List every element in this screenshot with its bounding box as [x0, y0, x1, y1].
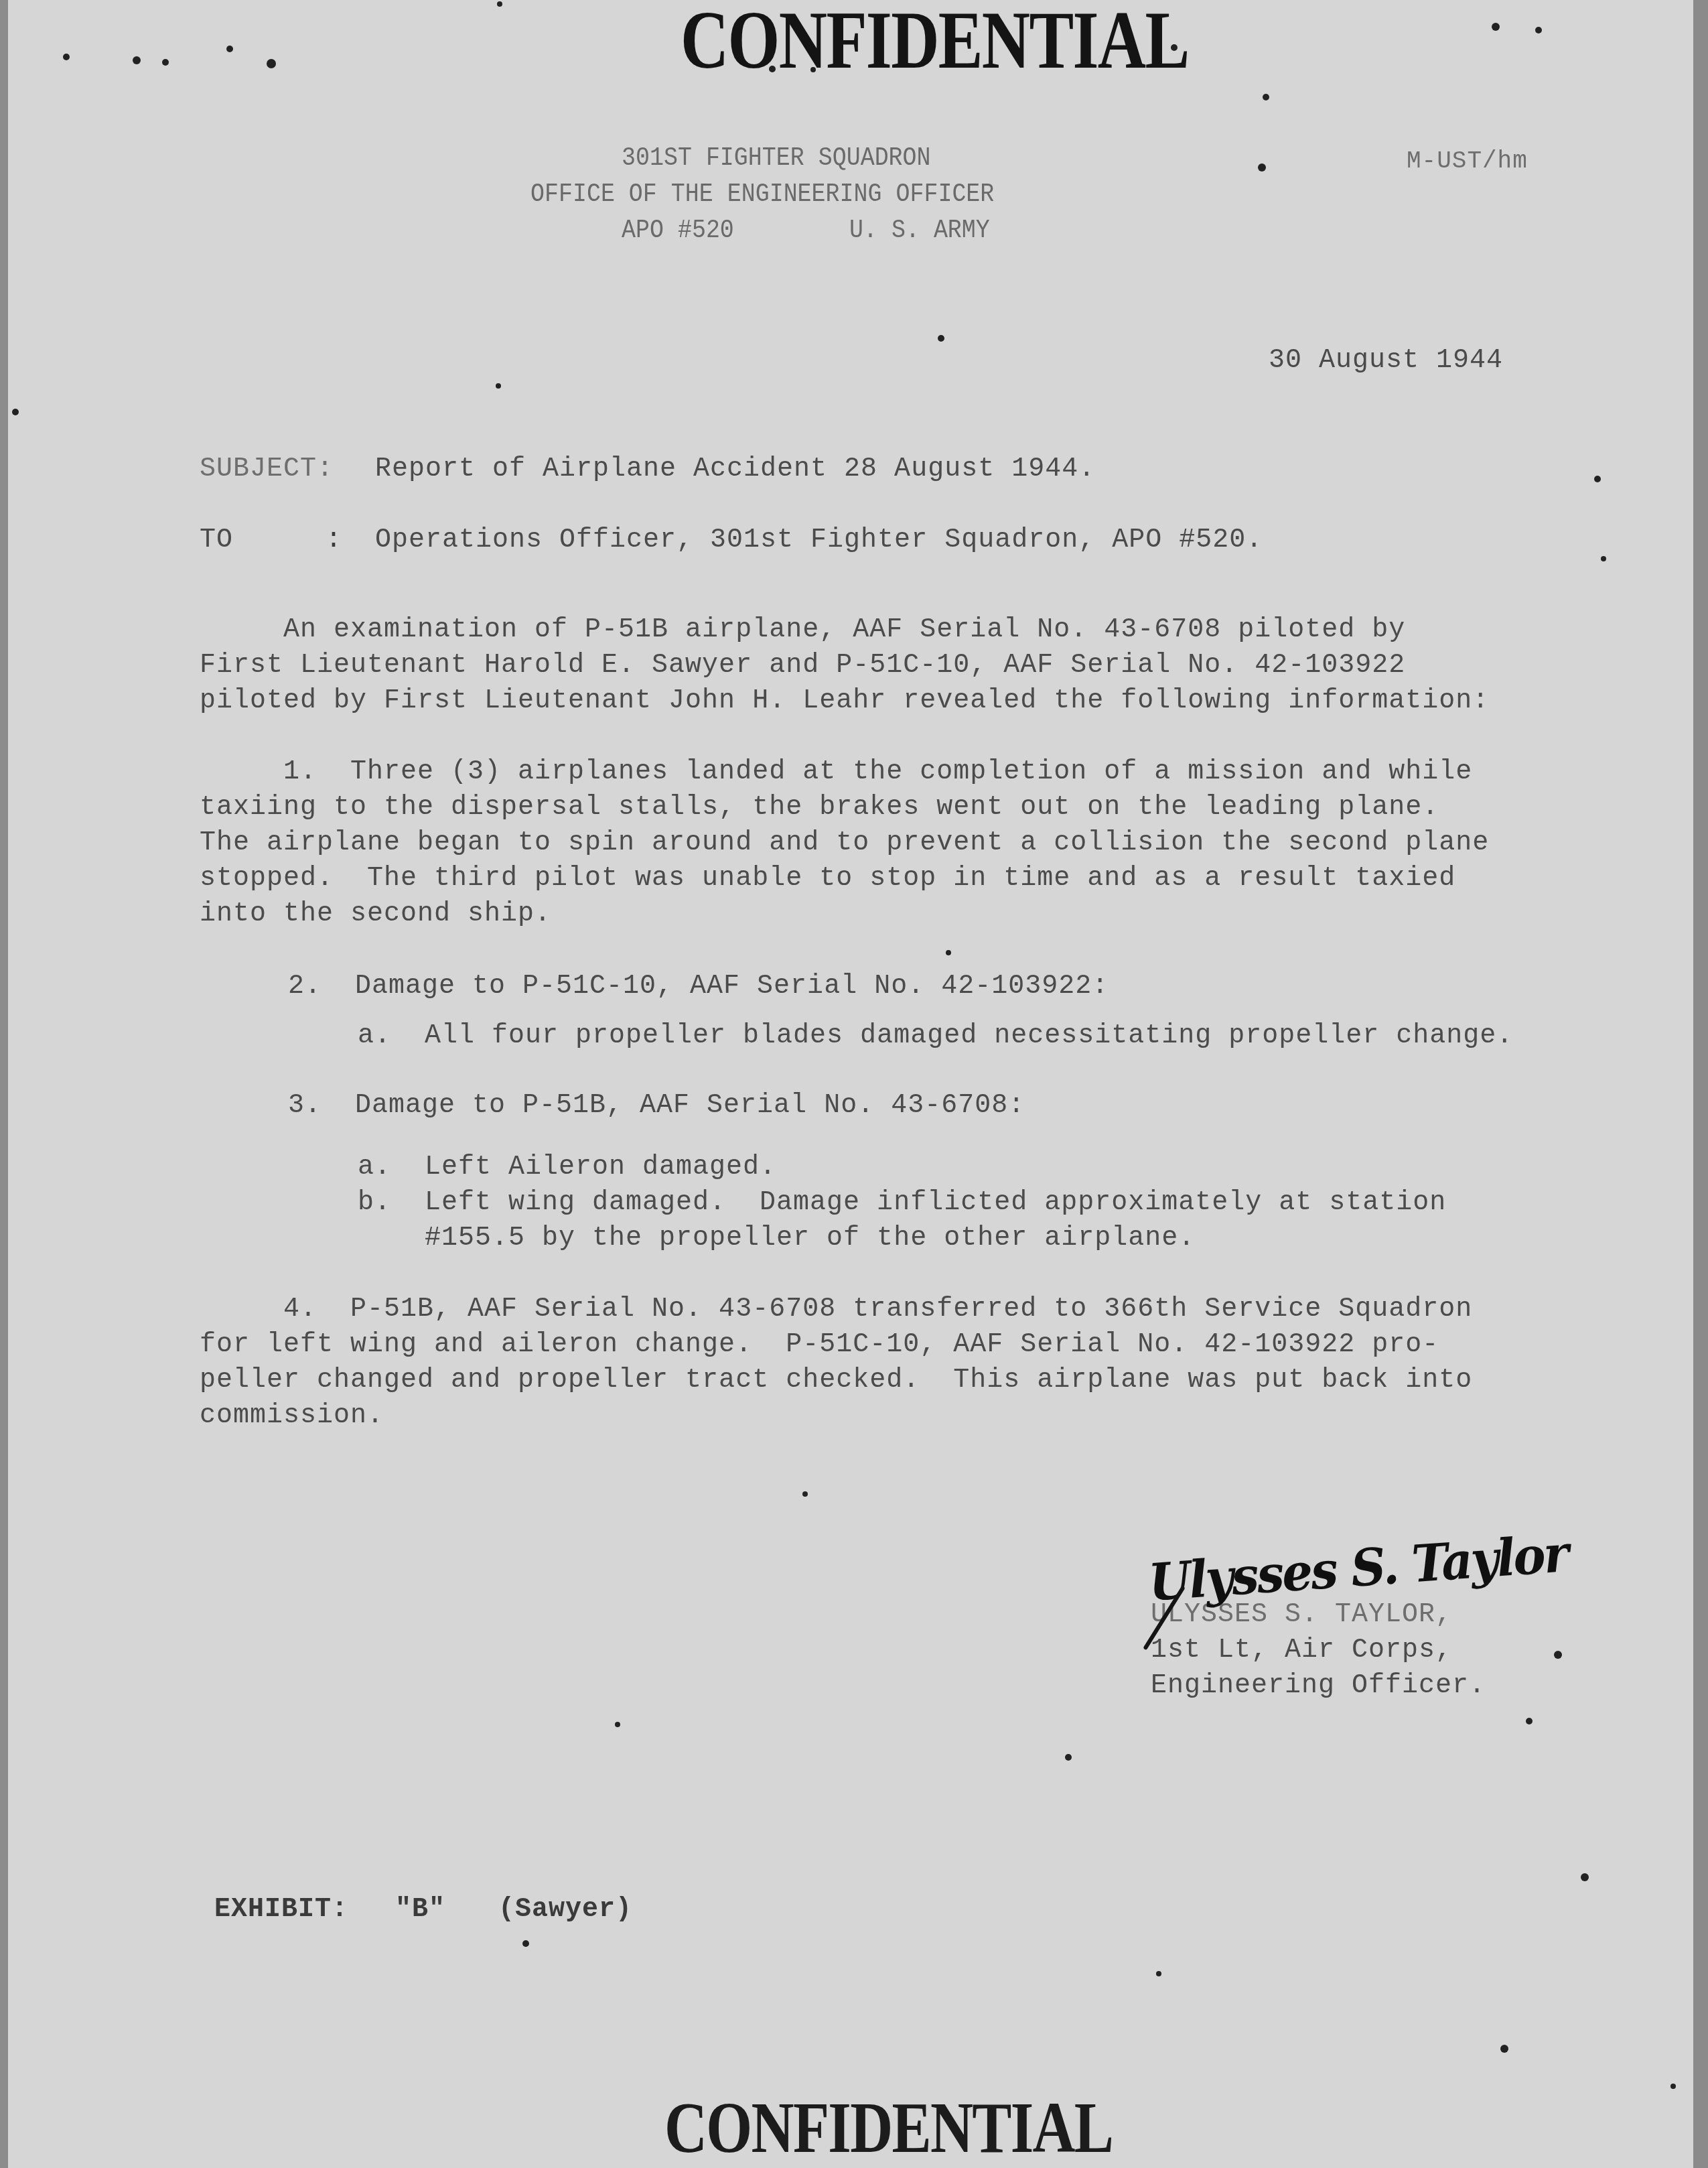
text-line: First Lieutenant Harold E. Sawyer and P-… [200, 648, 1405, 683]
speck [162, 59, 169, 66]
letterhead-army: U. S. ARMY [849, 213, 990, 249]
scan-edge-right [1693, 0, 1708, 2168]
signatory-rank: 1st Lt, Air Corps, [1151, 1633, 1452, 1668]
speck [497, 1, 502, 7]
speck [1500, 2045, 1508, 2053]
paragraph-heading: 2. Damage to P-51C-10, AAF Serial No. 42… [288, 969, 1109, 1004]
text-line: piloted by First Lieutenant John H. Leah… [200, 683, 1489, 719]
speck [769, 66, 776, 72]
subject-label: SUBJECT: [200, 452, 334, 487]
scan-edge-left [0, 0, 8, 2168]
text-line: peller changed and propeller tract check… [200, 1363, 1472, 1398]
text-line: An examination of P-51B airplane, AAF Se… [200, 612, 1405, 648]
speck [1171, 44, 1178, 51]
document-page [8, 0, 1693, 2168]
speck [1535, 27, 1542, 33]
to-label: TO [200, 523, 233, 558]
speck [522, 1940, 529, 1947]
speck [1581, 1873, 1589, 1881]
to-value: Operations Officer, 301st Fighter Squadr… [375, 523, 1263, 558]
speck [1258, 163, 1266, 172]
reference-code: M-UST/hm [1407, 143, 1528, 179]
speck [12, 409, 19, 415]
letterhead-office: OFFICE OF THE ENGINEERING OFFICER [530, 177, 994, 212]
list-item: a. Left Aileron damaged. [358, 1150, 776, 1185]
speck [496, 383, 501, 389]
text-line: stopped. The third pilot was unable to s… [200, 861, 1455, 896]
subject-value: Report of Airplane Accident 28 August 19… [375, 452, 1095, 487]
text-line: 1. Three (3) airplanes landed at the com… [200, 754, 1472, 790]
text-line: 4. P-51B, AAF Serial No. 43-6708 transfe… [200, 1292, 1472, 1327]
paragraph-heading: 3. Damage to P-51B, AAF Serial No. 43-67… [288, 1088, 1025, 1124]
list-item: b. Left wing damaged. Damage inflicted a… [358, 1185, 1446, 1221]
speck [810, 67, 816, 72]
speck [1554, 1651, 1562, 1659]
speck [1065, 1754, 1072, 1761]
speck [1492, 23, 1500, 31]
speck [1670, 2084, 1676, 2089]
speck [267, 59, 276, 68]
letterhead-unit: 301ST FIGHTER SQUADRON [622, 141, 931, 176]
text-line: for left wing and aileron change. P-51C-… [200, 1327, 1439, 1363]
speck [946, 950, 951, 955]
speck [1601, 556, 1606, 561]
speck [615, 1722, 620, 1727]
text-line: The airplane began to spin around and to… [200, 825, 1489, 861]
list-item: #155.5 by the propeller of the other air… [358, 1221, 1195, 1256]
speck [1263, 94, 1269, 100]
speck [938, 335, 944, 342]
speck [133, 56, 141, 64]
text-line: into the second ship. [200, 896, 551, 932]
speck [226, 46, 233, 52]
speck [63, 54, 70, 60]
speck [1156, 1971, 1161, 1976]
speck [802, 1491, 808, 1497]
text-line: commission. [200, 1398, 384, 1434]
classification-stamp-top: CONFIDENTIAL [681, 0, 1189, 82]
signatory-title: Engineering Officer. [1151, 1668, 1486, 1704]
exhibit-letter: "B" [395, 1892, 445, 1927]
document-date: 30 August 1944 [1269, 343, 1503, 379]
speck [1594, 476, 1601, 482]
list-item: a. All four propeller blades damaged nec… [358, 1018, 1513, 1054]
letterhead-apo: APO #520 [622, 213, 734, 249]
speck [1526, 1718, 1533, 1724]
text-line: taxiing to the dispersal stalls, the bra… [200, 790, 1439, 825]
exhibit-label: EXHIBIT: [214, 1892, 348, 1927]
to-separator: : [326, 523, 342, 558]
classification-stamp-bottom: CONFIDENTIAL [664, 2092, 1113, 2165]
exhibit-name: (Sawyer) [498, 1892, 632, 1927]
